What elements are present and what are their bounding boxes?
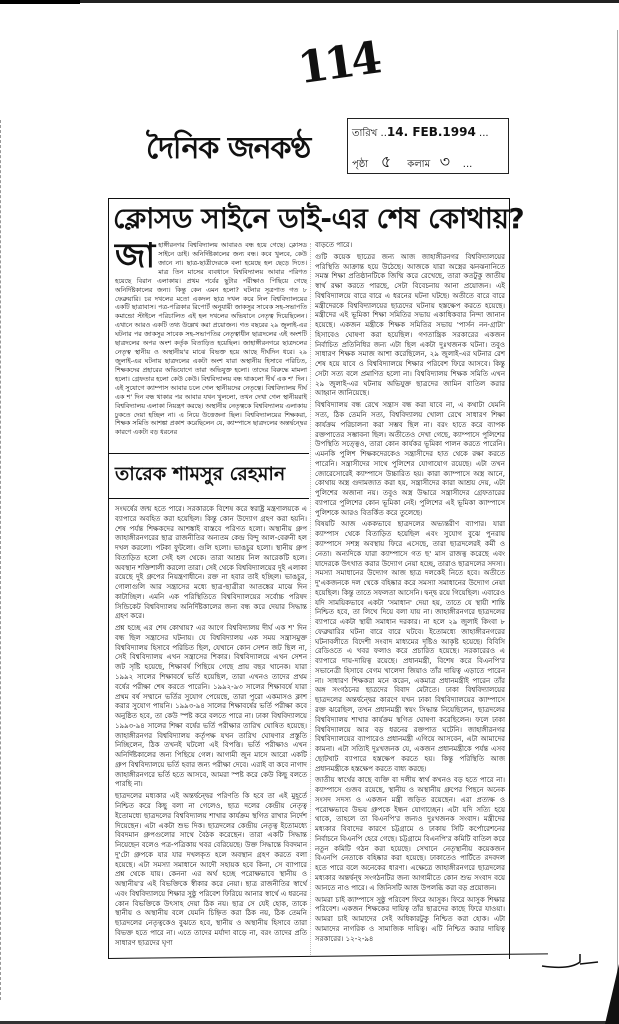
scan-top-edge-shadow <box>0 0 80 4</box>
column-left-top: জাহাঙ্গীরনগর বিশ্ববিদ্যালয় আবারও বন্ধ হ… <box>115 241 307 439</box>
paragraph: জাতীয় স্বার্থের কাছে ব্যক্তি বা দলীয় স… <box>315 776 505 893</box>
stamp-page-label: পৃষ্ঠা <box>352 159 368 170</box>
paragraph: জাহাঙ্গীরনগর বিশ্ববিদ্যালয় আবারও বন্ধ হ… <box>115 241 307 437</box>
paragraph: প্রশ্ন হচ্ছে এর শেষ কোথায়? এর আগে বিশ্ব… <box>115 624 307 790</box>
end-mark-icon <box>540 952 600 972</box>
scan-top-edge <box>0 0 619 3</box>
archive-number: 114 <box>295 33 381 95</box>
stamp-date-value: 14. FEB.1994 <box>387 125 476 139</box>
stamp-trailing: ... <box>479 128 489 139</box>
scan-right-edge <box>617 30 618 980</box>
paragraph: সংঘর্ষের জন্ম হতে পারে। সরকারকে বিশেষ কর… <box>115 505 307 622</box>
drop-cap: জা <box>115 241 155 271</box>
author-byline: তারেক শামসুর রেহমান <box>115 460 285 492</box>
column-right: বাড়তে পারে। গুটি কয়েক ছাত্রের জন্য আজ … <box>315 241 505 946</box>
newspaper-masthead: দৈনিক জনকণ্ঠ <box>146 124 310 175</box>
paragraph: বাড়তে পারে। <box>315 241 505 251</box>
paragraph: বিশ্ববিদ্যালয় বন্ধ রেখে সন্ত্রাস বন্ধ ক… <box>315 401 505 518</box>
article-headline: ক্লোসড সাইনে ডাই-এর শেষ কোথায়? <box>113 199 509 239</box>
paragraph: গুটি কয়েক ছাত্রের জন্য আজ জাহাঙ্গীরনগর … <box>315 253 505 399</box>
date-stamp: তারিখ ..14. FEB.1994 ... পৃষ্ঠা ৫ কলাম ৩… <box>347 118 509 174</box>
column-left-bottom: সংঘর্ষের জন্ম হতে পারে। সরকারকে বিশেষ কর… <box>115 505 307 950</box>
byline-box: তারেক শামসুর রেহমান <box>109 453 309 499</box>
scan-left-edge <box>0 120 2 1000</box>
stamp-page-value: ৫ <box>381 152 391 171</box>
stamp-trailing-2: ... <box>463 159 473 170</box>
stamp-date-label: তারিখ <box>352 128 377 139</box>
stamp-column-label: কলাম <box>407 159 430 170</box>
stamp-date-row: তারিখ ..14. FEB.1994 ... <box>352 125 489 143</box>
paragraph: বিষয়টি আজ এককভাবে ছাত্রদলের অভ্যন্তরীণ … <box>315 520 505 774</box>
article: ক্লোসড সাইনে ডাই-এর শেষ কোথায়? জাহাঙ্গী… <box>108 198 510 959</box>
scan-corner-shadow <box>605 964 619 1024</box>
stamp-page-row: পৃষ্ঠা ৫ কলাম ৩ ... <box>352 149 472 176</box>
stamp-column-value: ৩ <box>440 152 450 171</box>
paragraph: ছাত্রদলের মধ্যকার এই অন্তর্দ্বন্দ্বের পর… <box>115 792 307 948</box>
column-divider <box>310 243 311 955</box>
paragraph: আমরা চাই ক্যাম্পাসে সুষ্ঠু পরিবেশ ফিরে আ… <box>315 896 505 945</box>
